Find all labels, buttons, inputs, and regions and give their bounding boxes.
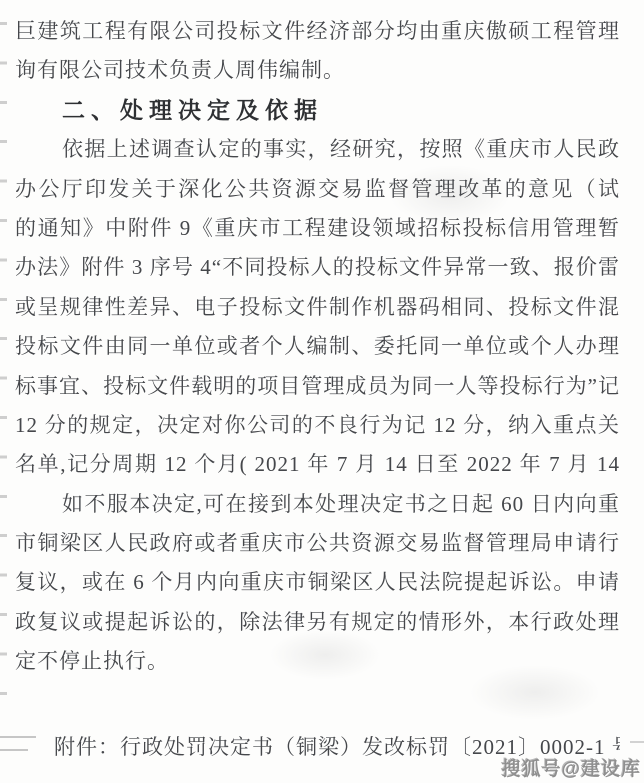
scan-edge-artifact: [630, 741, 644, 743]
document-line: 询有限公司技术负责人周伟编制。: [15, 51, 620, 90]
document-line: 投标文件由同一单位或者个人编制、委托同一单位或个人办理投: [15, 327, 620, 366]
section-heading: 二、处理决定及依据: [15, 91, 620, 130]
document-line: 办法》附件 3 序号 4“不同投标人的投标文件异常一致、报价雷同: [15, 248, 620, 287]
document-line: 的通知》中附件 9《重庆市工程建设领域招标投标信用管理暂行: [15, 209, 620, 248]
document-line: 巨建筑工程有限公司投标文件经济部分均由重庆傲硕工程管理咨: [15, 12, 620, 51]
document-line: 政复议或提起诉讼的，除法律另有规定的情形外，本行政处理决: [15, 603, 620, 642]
document-line: 如不服本决定,可在接到本处理决定书之日起 60 日内向重庆: [15, 485, 620, 524]
document-page: 巨建筑工程有限公司投标文件经济部分均由重庆傲硕工程管理咨 询有限公司技术负责人周…: [0, 0, 644, 783]
scan-edge-artifact: [0, 749, 28, 751]
document-line: 或呈规律性差异、电子投标文件制作机器码相同、投标文件混装、: [15, 288, 620, 327]
scan-edge-artifact: [0, 22, 7, 722]
watermark-sohu-badge: 搜狐号@建设库: [501, 754, 641, 781]
document-line: 复议，或在 6 个月内向重庆市铜梁区人民法院提起诉讼。申请行: [15, 563, 620, 602]
document-line: 依据上述调查认定的事实，经研究，按照《重庆市人民政府: [15, 130, 620, 169]
document-line: 名单,记分周期 12 个月( 2021 年 7 月 14 日至 2022 年 7…: [15, 445, 620, 484]
document-line: 市铜梁区人民政府或者重庆市公共资源交易监督管理局申请行政: [15, 524, 620, 563]
document-line: 定不停止执行。: [15, 642, 620, 681]
document-line: 办公厅印发关于深化公共资源交易监督管理改革的意见（试行）: [15, 170, 620, 209]
document-line: 12 分的规定，决定对你公司的不良行为记 12 分，纳入重点关注: [15, 406, 620, 445]
document-body: 巨建筑工程有限公司投标文件经济部分均由重庆傲硕工程管理咨 询有限公司技术负责人周…: [15, 12, 620, 767]
document-line: 标事宜、投标文件载明的项目管理成员为同一人等投标行为”记: [15, 367, 620, 406]
scan-edge-artifact: [0, 736, 36, 738]
